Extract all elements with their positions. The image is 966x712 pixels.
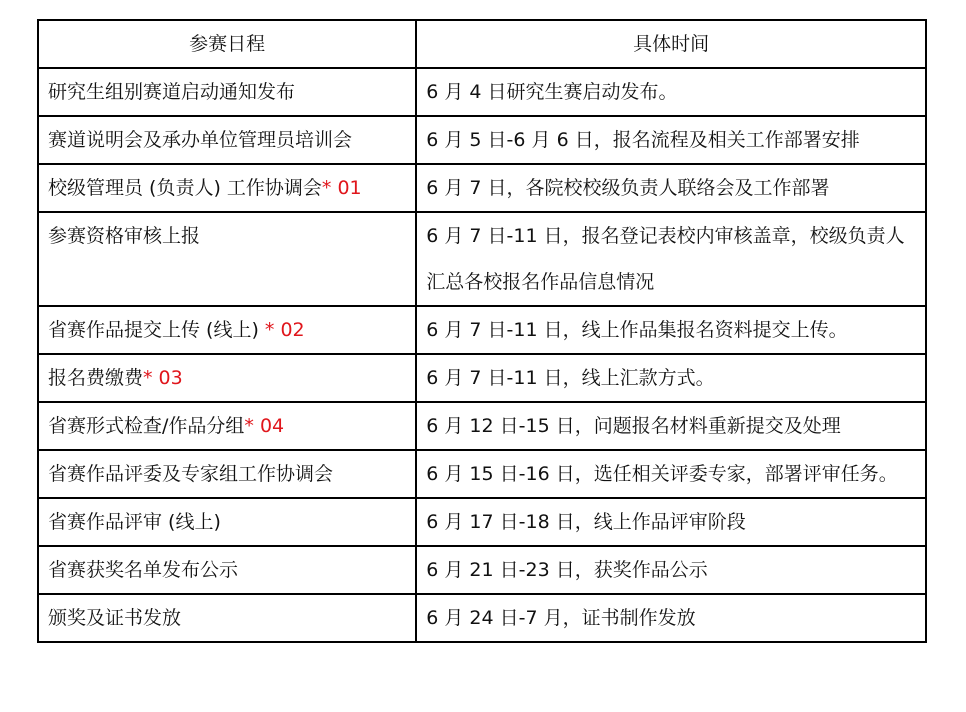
event-cell: 省赛作品评审 (线上): [38, 498, 416, 546]
event-cell: 研究生组别赛道启动通知发布: [38, 68, 416, 116]
table-row: 研究生组别赛道启动通知发布 6 月 4 日研究生赛启动发布。: [38, 68, 926, 116]
time-cell: 6 月 7 日-11 日，线上汇款方式。: [416, 354, 926, 402]
footnote-mark: * 04: [244, 415, 284, 437]
table-row: 报名费缴费* 03 6 月 7 日-11 日，线上汇款方式。: [38, 354, 926, 402]
time-cell: 6 月 7 日-11 日，报名登记表校内审核盖章，校级负责人汇总各校报名作品信息…: [416, 212, 926, 306]
table-row: 赛道说明会及承办单位管理员培训会 6 月 5 日-6 月 6 日，报名流程及相关…: [38, 116, 926, 164]
footnote-mark: * 01: [322, 177, 362, 199]
table-row: 省赛形式检查/作品分组* 04 6 月 12 日-15 日，问题报名材料重新提交…: [38, 402, 926, 450]
table-row: 省赛获奖名单发布公示 6 月 21 日-23 日，获奖作品公示: [38, 546, 926, 594]
time-cell: 6 月 7 日，各院校校级负责人联络会及工作部署: [416, 164, 926, 212]
table-row: 参赛资格审核上报 6 月 7 日-11 日，报名登记表校内审核盖章，校级负责人汇…: [38, 212, 926, 306]
event-label: 省赛作品评审 (线上): [48, 511, 221, 533]
time-cell: 6 月 5 日-6 月 6 日，报名流程及相关工作部署安排: [416, 116, 926, 164]
header-time: 具体时间: [416, 20, 926, 68]
time-cell: 6 月 12 日-15 日，问题报名材料重新提交及处理: [416, 402, 926, 450]
event-cell: 赛道说明会及承办单位管理员培训会: [38, 116, 416, 164]
event-cell: 省赛作品评委及专家组工作协调会: [38, 450, 416, 498]
table-row: 省赛作品提交上传 (线上) * 02 6 月 7 日-11 日，线上作品集报名资…: [38, 306, 926, 354]
event-label: 校级管理员 (负责人) 工作协调会: [48, 177, 322, 199]
event-label: 研究生组别赛道启动通知发布: [48, 81, 295, 103]
event-label: 颁奖及证书发放: [48, 607, 181, 629]
footnote-mark: * 03: [143, 367, 183, 389]
time-cell: 6 月 17 日-18 日，线上作品评审阶段: [416, 498, 926, 546]
table-row: 校级管理员 (负责人) 工作协调会* 01 6 月 7 日，各院校校级负责人联络…: [38, 164, 926, 212]
time-cell: 6 月 24 日-7 月，证书制作发放: [416, 594, 926, 642]
event-cell: 报名费缴费* 03: [38, 354, 416, 402]
footnote-mark: * 02: [265, 319, 305, 341]
event-label: 赛道说明会及承办单位管理员培训会: [48, 129, 352, 151]
table-header-row: 参赛日程 具体时间: [38, 20, 926, 68]
event-label: 省赛作品评委及专家组工作协调会: [48, 463, 333, 485]
table-row: 颁奖及证书发放 6 月 24 日-7 月，证书制作发放: [38, 594, 926, 642]
table-row: 省赛作品评委及专家组工作协调会 6 月 15 日-16 日，选任相关评委专家，部…: [38, 450, 926, 498]
event-cell: 省赛作品提交上传 (线上) * 02: [38, 306, 416, 354]
header-schedule: 参赛日程: [38, 20, 416, 68]
schedule-table: 参赛日程 具体时间 研究生组别赛道启动通知发布 6 月 4 日研究生赛启动发布。…: [37, 19, 927, 643]
event-cell: 颁奖及证书发放: [38, 594, 416, 642]
event-label: 省赛获奖名单发布公示: [48, 559, 238, 581]
event-cell: 省赛形式检查/作品分组* 04: [38, 402, 416, 450]
event-label: 参赛资格审核上报: [48, 225, 200, 247]
time-cell: 6 月 7 日-11 日，线上作品集报名资料提交上传。: [416, 306, 926, 354]
event-label: 省赛形式检查/作品分组: [48, 415, 244, 437]
event-label: 报名费缴费: [48, 367, 143, 389]
time-cell: 6 月 15 日-16 日，选任相关评委专家，部署评审任务。: [416, 450, 926, 498]
event-cell: 参赛资格审核上报: [38, 212, 416, 306]
event-label: 省赛作品提交上传 (线上): [48, 319, 265, 341]
event-cell: 校级管理员 (负责人) 工作协调会* 01: [38, 164, 416, 212]
table-row: 省赛作品评审 (线上) 6 月 17 日-18 日，线上作品评审阶段: [38, 498, 926, 546]
event-cell: 省赛获奖名单发布公示: [38, 546, 416, 594]
time-cell: 6 月 21 日-23 日，获奖作品公示: [416, 546, 926, 594]
time-cell: 6 月 4 日研究生赛启动发布。: [416, 68, 926, 116]
